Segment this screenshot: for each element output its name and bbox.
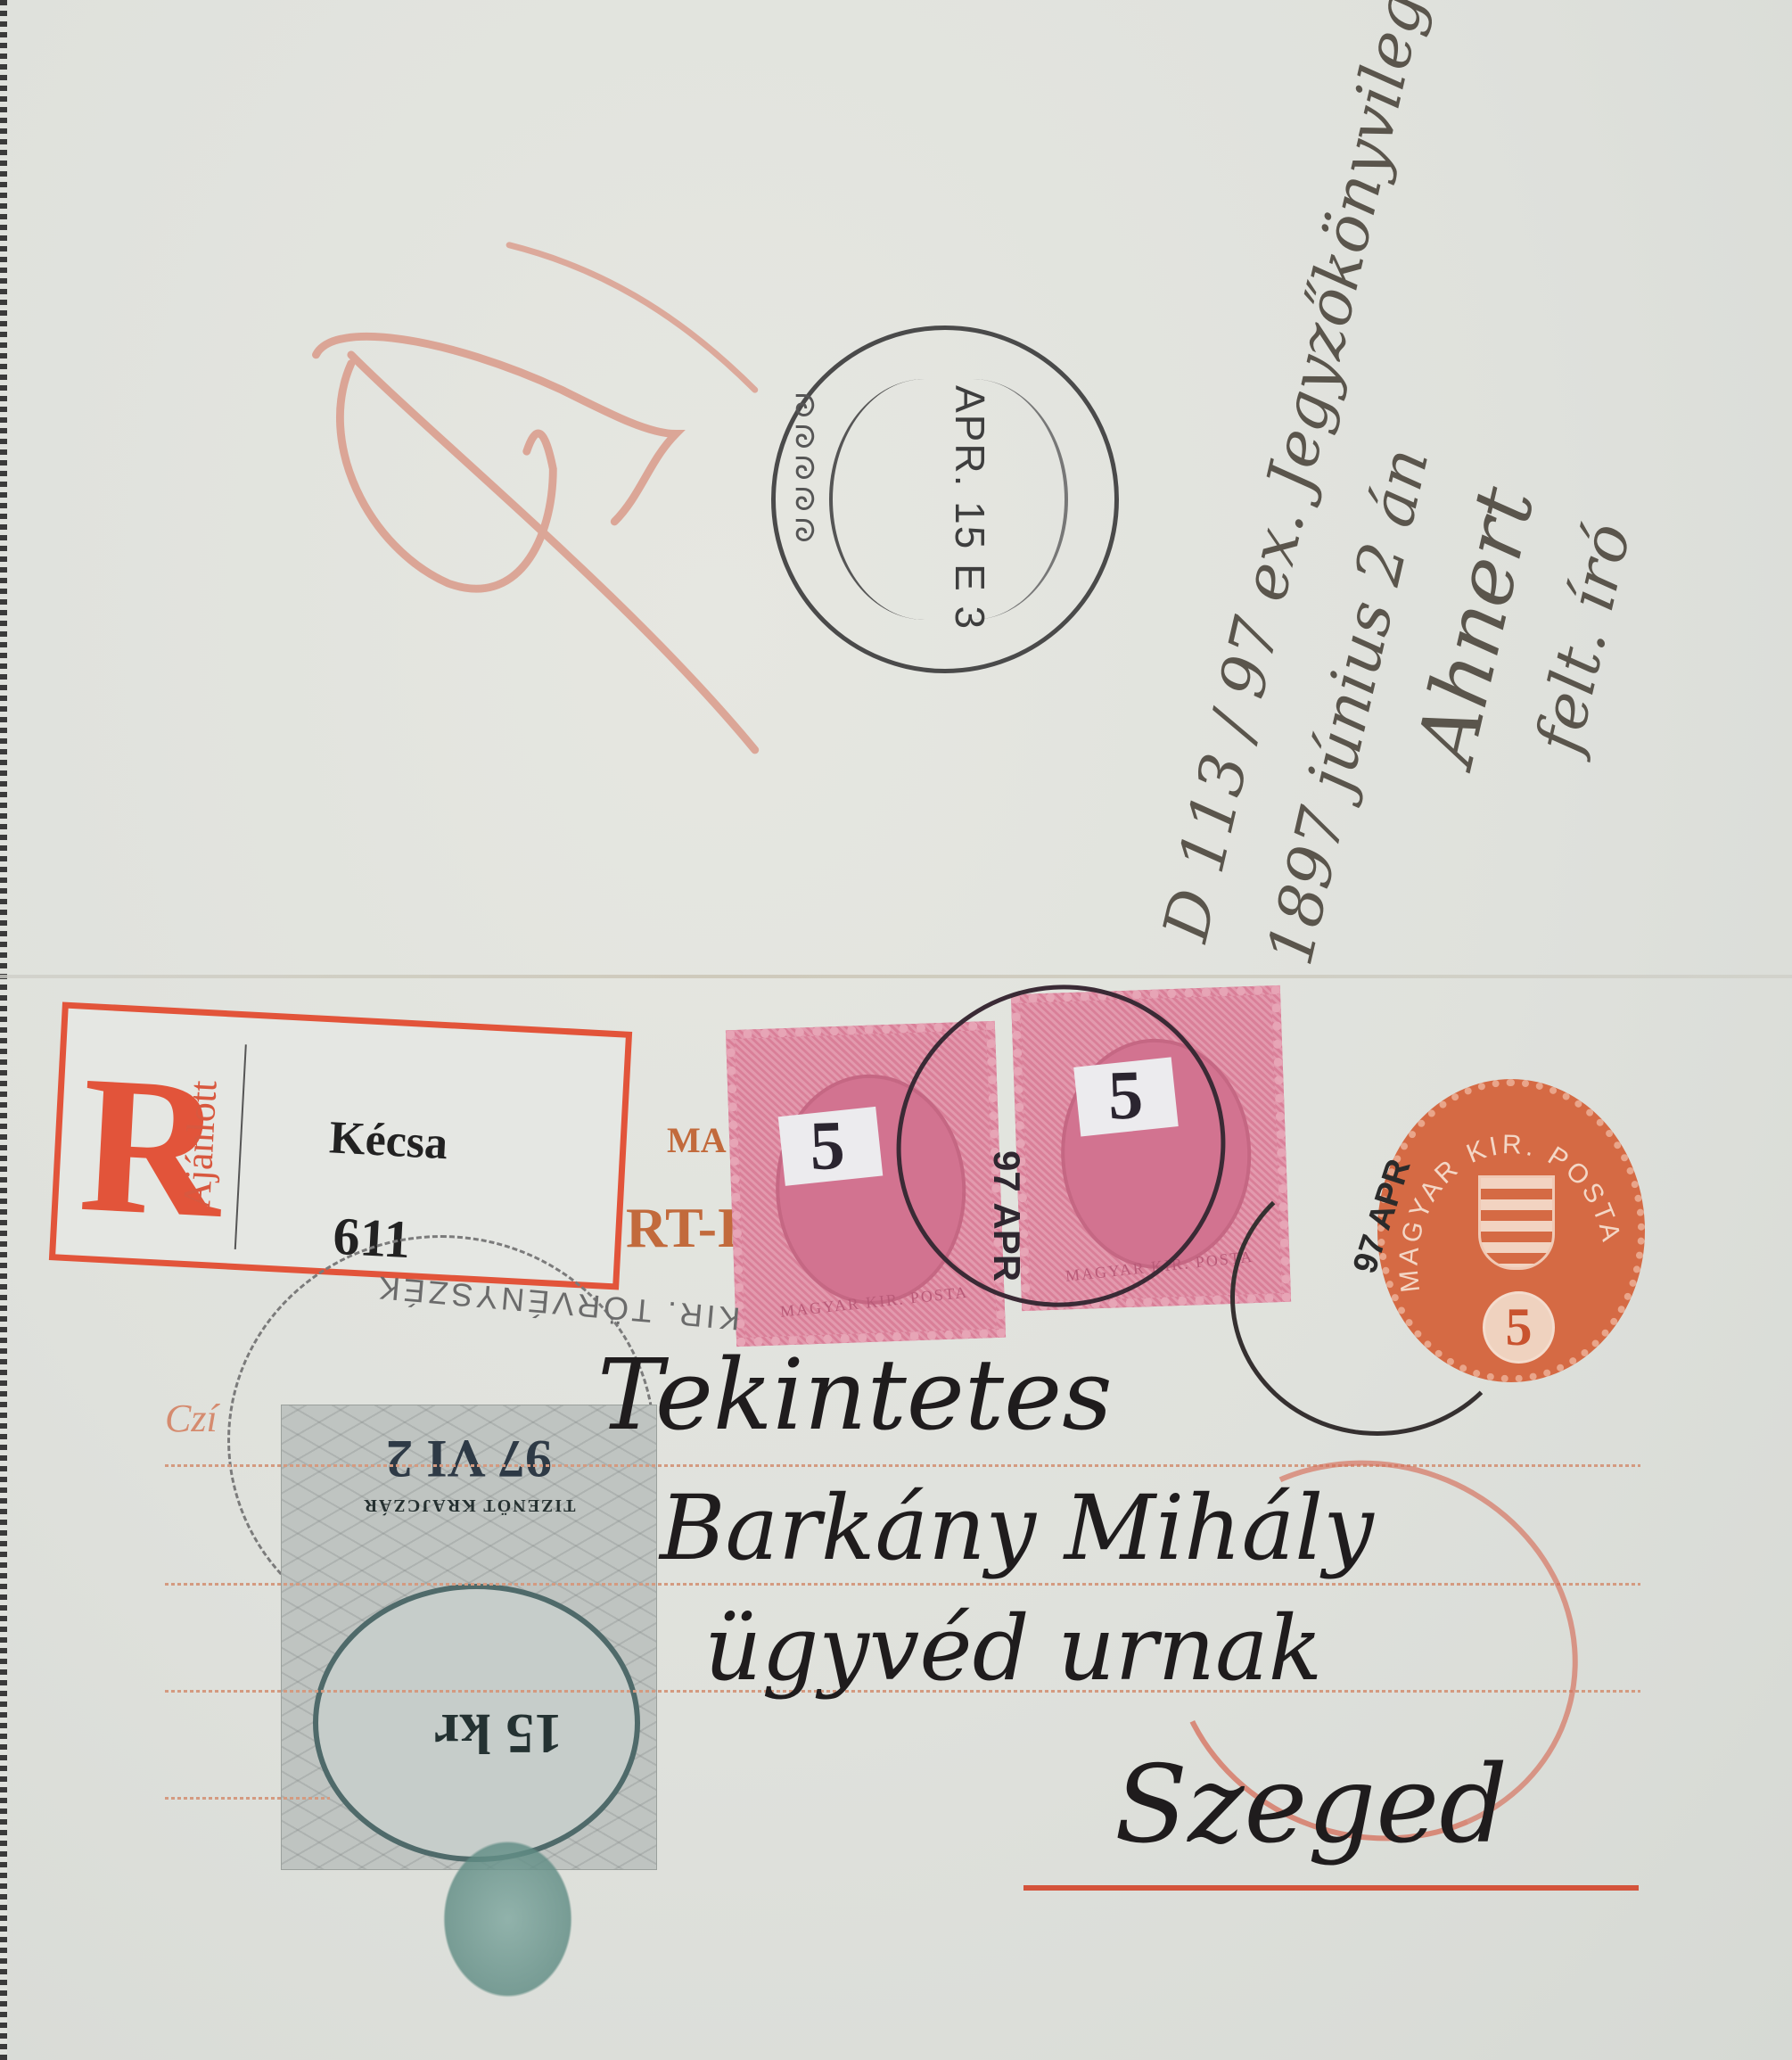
printed-header-fragment: MA [667,1119,727,1161]
printed-address-prefix: Czí [165,1396,218,1441]
printed-title-fragment: RT-I [626,1195,739,1261]
stamp-value: 5 [809,1105,846,1186]
address-city: Szeged [1114,1743,1508,1867]
dispatch-postmark-date: 97 APR [985,1150,1028,1281]
revenue-stamp-15kr: 97 VI 2 TIZENÖT KRAJCZÁR 15 kr [281,1405,657,1870]
label-divider [234,1044,247,1249]
postmark-date: APR. 15 E 3 [941,366,994,651]
address-name: Barkány Mihály [660,1476,1374,1580]
post-office-name: Kécsa [328,1111,449,1170]
revenue-legend: TIZENÖT KRAJCZÁR [335,1495,603,1515]
postmark-year: 97 [986,1150,1028,1192]
receiving-postmark: ᘐᘐᘐᘐᘐ APR. 15 E 3 [771,325,1119,673]
revenue-value: 15 kr [434,1701,563,1767]
registration-label: R Ajánlott Kécsa 611 [49,1001,632,1290]
revenue-medallion: 15 kr [313,1584,640,1862]
address-salutation: Tekintetes [597,1338,1113,1452]
revenue-overprint-date: 97 VI 2 [300,1428,638,1489]
postmark-month: APR [986,1202,1028,1281]
address-underline-red [1023,1885,1639,1891]
postmark-scroll-ornament: ᘐᘐᘐᘐᘐ [786,392,822,597]
address-line-4-stub [165,1797,330,1800]
address-title: ügyvéd urnak [704,1596,1322,1701]
perforated-edge [0,0,7,2060]
red-crayon-mark [294,232,847,803]
coat-of-arms-icon [434,1830,581,2008]
address-line-1 [165,1464,1640,1467]
